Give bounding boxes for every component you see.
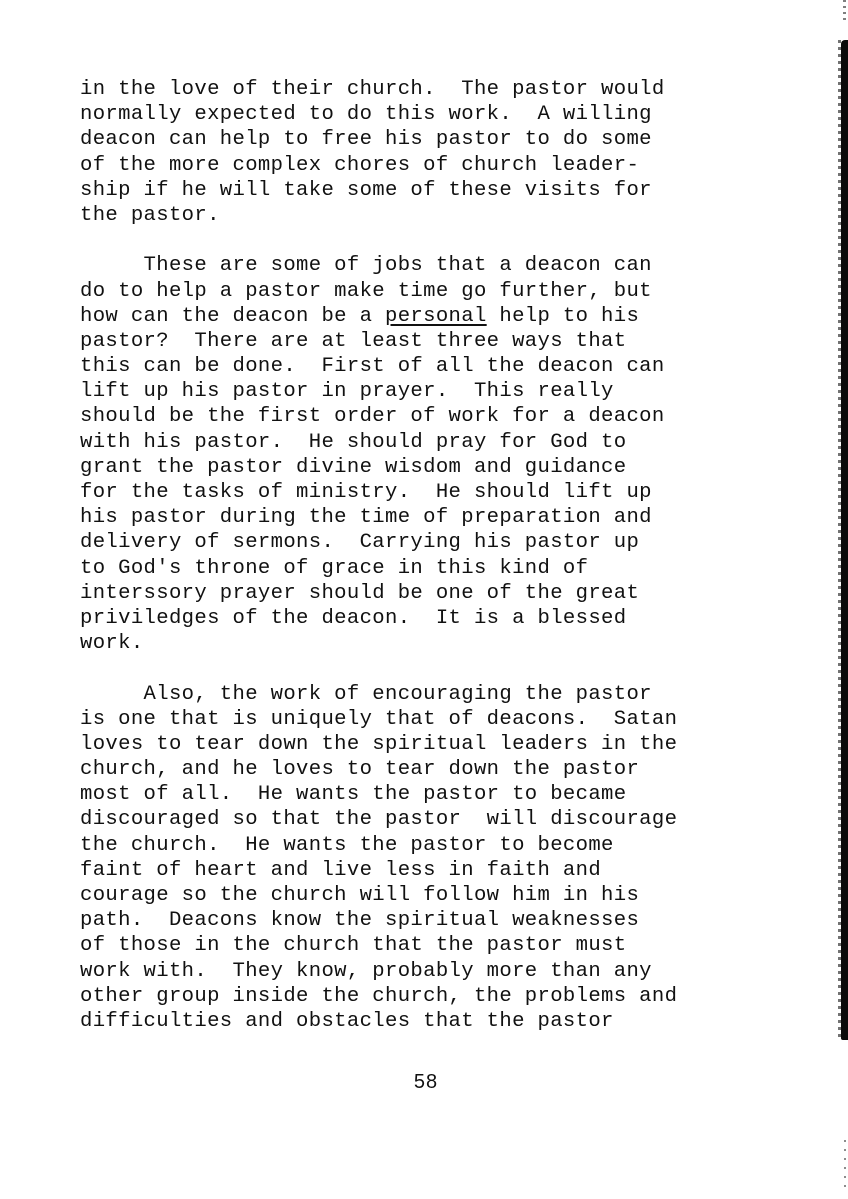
paragraph-gap [80,228,810,253]
text-line: loves to tear down the spiritual leaders… [80,732,810,757]
text-line: priviledges of the deacon. It is a bless… [80,606,810,631]
text-line: church, and he loves to tear down the pa… [80,757,810,782]
text-line: courage so the church will follow him in… [80,883,810,908]
text-line: of those in the church that the pastor m… [80,933,810,958]
scan-edge-specks-bottom [844,1140,846,1190]
text-line: the church. He wants the pastor to becom… [80,833,810,858]
text-line: should be the first order of work for a … [80,404,810,429]
text-line: faint of heart and live less in faith an… [80,858,810,883]
text-line: deacon can help to free his pastor to do… [80,127,810,152]
paragraph-3: Also, the work of encouraging the pastor… [80,682,810,1035]
text-line: interssory prayer should be one of the g… [80,581,810,606]
text-line: in the love of their church. The pastor … [80,77,810,102]
text-line: discouraged so that the pastor will disc… [80,807,810,832]
paragraph-gap [80,656,810,681]
text-line-with-underline: how can the deacon be a personal help to… [80,304,810,329]
text-line: other group inside the church, the probl… [80,984,810,1009]
text-line: is one that is uniquely that of deacons.… [80,707,810,732]
text-line: of the more complex chores of church lea… [80,153,810,178]
text-line: with his pastor. He should pray for God … [80,430,810,455]
scanned-page: in the love of their church. The pastor … [0,0,848,1199]
text-line: lift up his pastor in prayer. This reall… [80,379,810,404]
text-line: delivery of sermons. Carrying his pastor… [80,530,810,555]
text-fragment: help to his [487,305,640,328]
text-line: this can be done. First of all the deaco… [80,354,810,379]
text-line: his pastor during the time of preparatio… [80,505,810,530]
text-line: grant the pastor divine wisdom and guida… [80,455,810,480]
text-line: ship if he will take some of these visit… [80,178,810,203]
body-text: in the love of their church. The pastor … [80,77,810,1034]
text-fragment: how can the deacon be a [80,305,385,328]
scan-edge-specks-top [843,0,846,22]
text-line: These are some of jobs that a deacon can [80,253,810,278]
text-line: work. [80,631,810,656]
paragraph-2: These are some of jobs that a deacon can… [80,253,810,656]
text-line: do to help a pastor make time go further… [80,279,810,304]
text-line: work with. They know, probably more than… [80,959,810,984]
text-line: difficulties and obstacles that the past… [80,1009,810,1034]
text-line: normally expected to do this work. A wil… [80,102,810,127]
page-number: 58 [0,1071,848,1094]
text-line: Also, the work of encouraging the pastor [80,682,810,707]
underlined-word: personal [385,305,487,328]
text-line: path. Deacons know the spiritual weaknes… [80,908,810,933]
text-line: pastor? There are at least three ways th… [80,329,810,354]
scan-binding-edge [841,40,848,1040]
paragraph-1: in the love of their church. The pastor … [80,77,810,228]
text-line: most of all. He wants the pastor to beca… [80,782,810,807]
text-line: to God's throne of grace in this kind of [80,556,810,581]
text-line: for the tasks of ministry. He should lif… [80,480,810,505]
text-line: the pastor. [80,203,810,228]
